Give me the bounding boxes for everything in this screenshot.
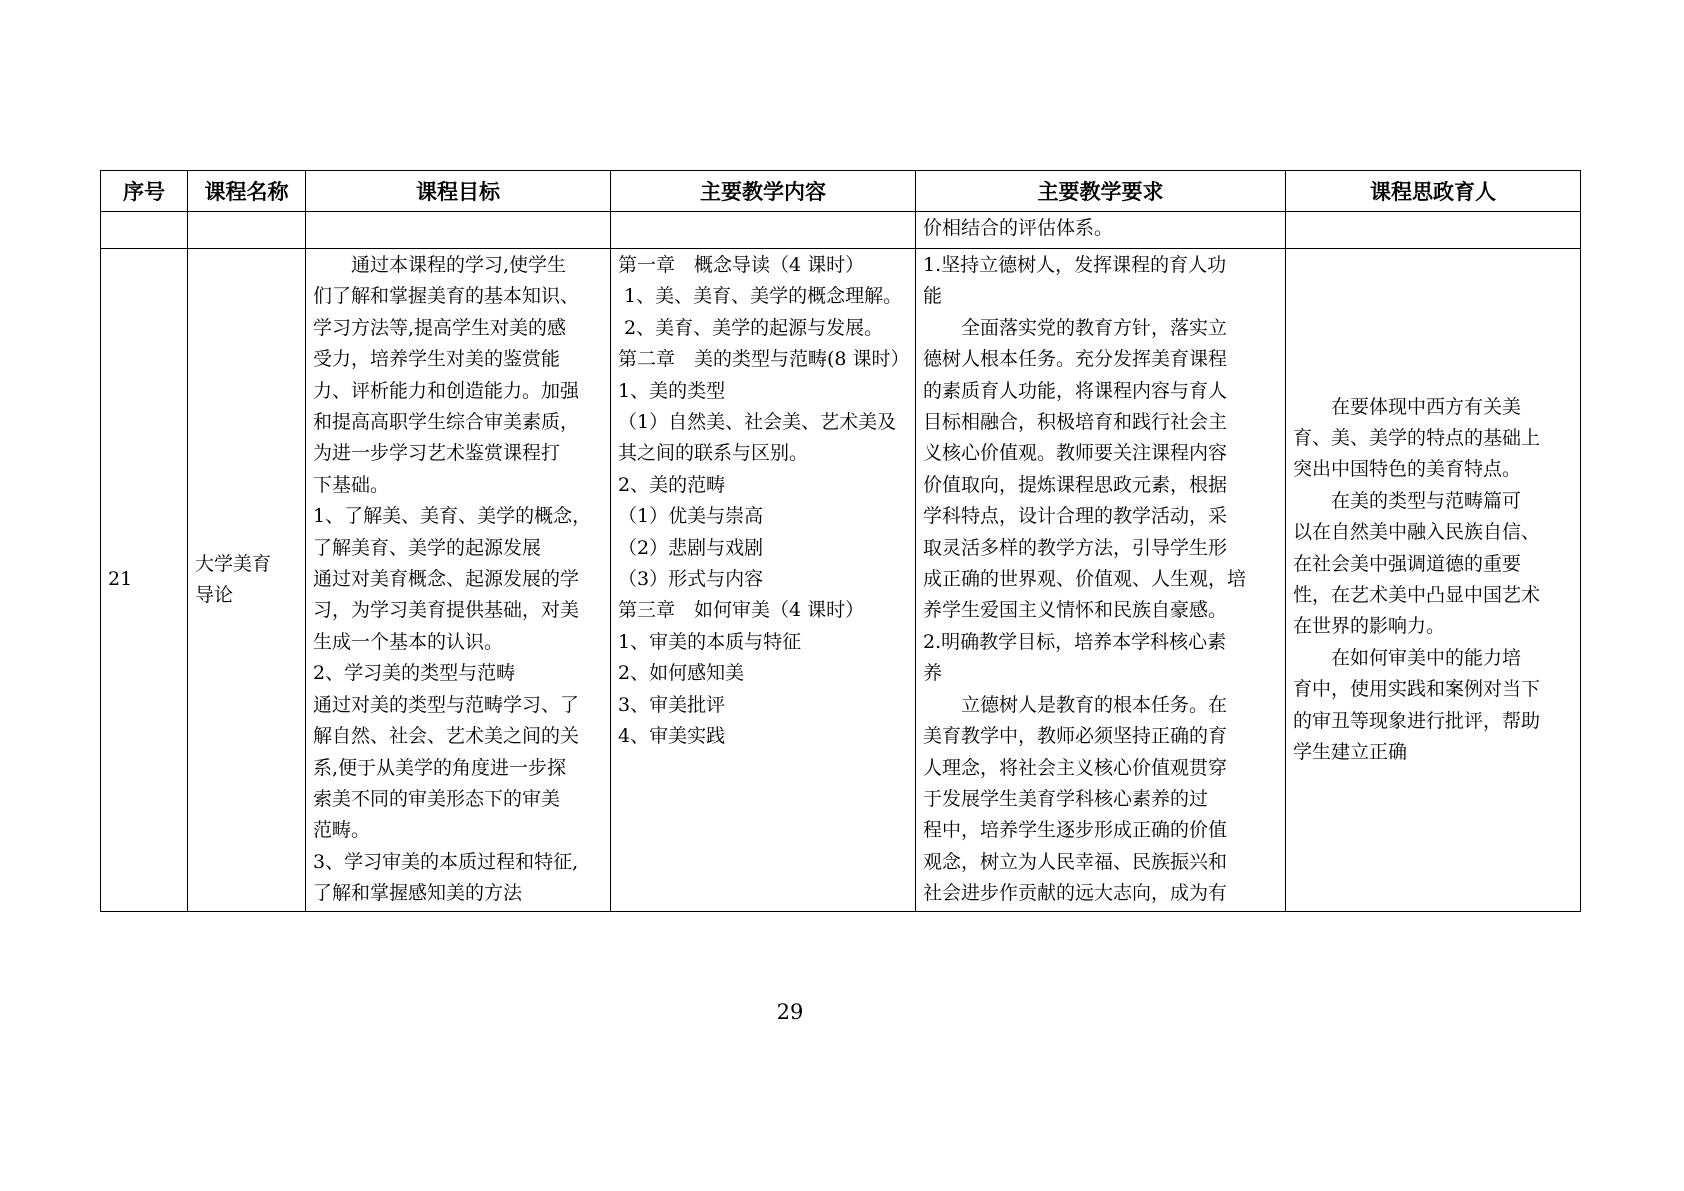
course-table: 序号 课程名称 课程目标 主要教学内容 主要教学要求 课程思政育人 价相结合的评… (100, 170, 1581, 912)
header-ideological-education: 课程思政育人 (1286, 171, 1581, 212)
page-number: 29 (0, 1000, 1580, 1024)
carryover-ideological-cell (1286, 212, 1581, 249)
ideological-education-cell: 在要体现中西方有关美 育、美、美学的特点的基础上 突出中国特色的美育特点。 在美… (1286, 249, 1581, 912)
header-teaching-content: 主要教学内容 (611, 171, 916, 212)
header-serial-number: 序号 (101, 171, 188, 212)
header-teaching-requirements: 主要教学要求 (916, 171, 1286, 212)
carryover-requirements-cell: 价相结合的评估体系。 (916, 212, 1286, 249)
header-course-name: 课程名称 (188, 171, 306, 212)
carryover-row: 价相结合的评估体系。 (101, 212, 1581, 249)
course-name-cell: 大学美育 导论 (188, 249, 306, 912)
header-course-objectives: 课程目标 (306, 171, 611, 212)
carryover-course-name-cell (188, 212, 306, 249)
course-row: 21 大学美育 导论 通过本课程的学习,使学生 们了解和掌握美育的基本知识、 学… (101, 249, 1581, 912)
carryover-content-cell (611, 212, 916, 249)
serial-number-cell: 21 (101, 249, 188, 912)
carryover-objectives-cell (306, 212, 611, 249)
carryover-serial-cell (101, 212, 188, 249)
course-objectives-cell: 通过本课程的学习,使学生 们了解和掌握美育的基本知识、 学习方法等,提高学生对美… (306, 249, 611, 912)
teaching-content-cell: 第一章 概念导读（4 课时） 1、美、美育、美学的概念理解。 2、美育、美学的起… (611, 249, 916, 912)
teaching-requirements-cell: 1.坚持立德树人，发挥课程的育人功 能 全面落实党的教育方针，落实立 德树人根本… (916, 249, 1286, 912)
document-page: 序号 课程名称 课程目标 主要教学内容 主要教学要求 课程思政育人 价相结合的评… (0, 0, 1684, 1191)
header-row: 序号 课程名称 课程目标 主要教学内容 主要教学要求 课程思政育人 (101, 171, 1581, 212)
